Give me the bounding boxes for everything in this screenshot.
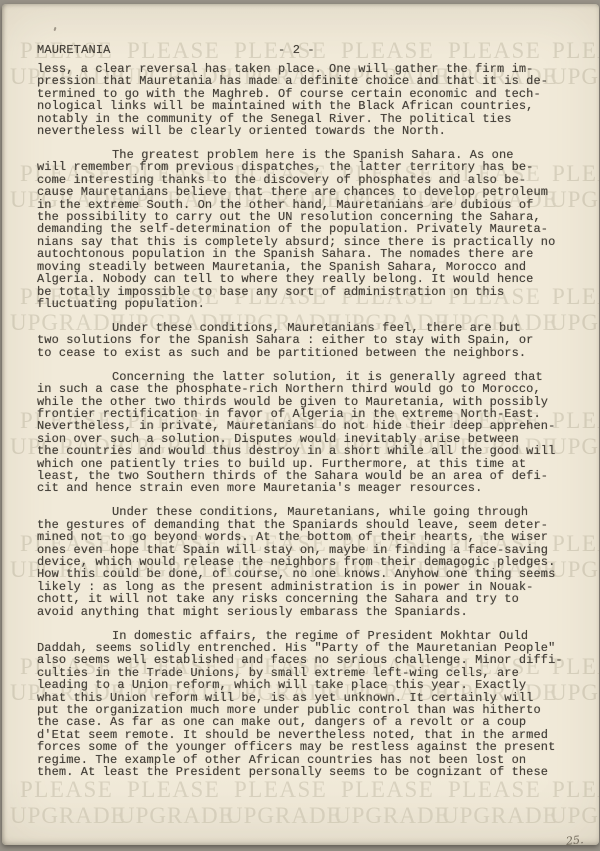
text-line: pression that Mauretania has made a defi…	[37, 75, 582, 87]
text-line: will remember from previous dispatches, …	[37, 161, 582, 173]
page-number: - 2 -	[278, 43, 315, 57]
text-line: the case. As far as one can make out, da…	[37, 716, 582, 728]
text-line: cause Mauretanians believe that there ar…	[37, 186, 582, 198]
text-line: two solutions for the Spanish Sahara : e…	[37, 334, 582, 346]
watermark-word: UPGRADE	[10, 804, 126, 827]
text-line: demanding the self-determination of the …	[37, 223, 582, 235]
watermark-word: PLEASE	[448, 778, 541, 801]
paragraph: Under these conditions, Mauretanians fee…	[37, 322, 582, 359]
text-line: the countries and would thus destroy in …	[37, 445, 582, 457]
paragraph: less, a clear reversal has taken place. …	[37, 63, 582, 137]
text-line: Under these conditions, Mauretanians, wh…	[37, 506, 582, 518]
watermark-word: PLEASE	[341, 778, 434, 801]
text-line: nological links will be maintained with …	[37, 100, 582, 112]
document-body: less, a clear reversal has taken place. …	[37, 63, 582, 779]
text-line: avoid anything that might seriously emba…	[37, 606, 582, 618]
watermark-word: UPGRADE	[550, 804, 599, 827]
text-line: fluctuating population.	[37, 298, 582, 310]
text-line: autochtonous population in the Spanish S…	[37, 248, 582, 260]
text-line: leading to a Union reform, which will ta…	[37, 679, 582, 691]
watermark-word: PLEASE	[552, 778, 599, 801]
paragraph: Concerning the latter solution, it is ge…	[37, 371, 582, 495]
text-line: forces some of the younger officers may …	[37, 741, 582, 753]
text-line: also seems well established and faces no…	[37, 654, 582, 666]
text-line: Nevertheless, in private, Mauretanians d…	[37, 420, 582, 432]
text-line: Algeria. Nobody can tell to where they r…	[37, 273, 582, 285]
text-line: to cease to exist as such and be partiti…	[37, 347, 582, 359]
watermark-word: PLEASE	[127, 778, 220, 801]
paragraph: The greatest problem here is the Spanish…	[37, 149, 582, 310]
text-line: chott, it will not take any risks concer…	[37, 593, 582, 605]
text-line: nevertheless will be clearly oriented to…	[37, 125, 582, 137]
scanned-document-page: PLEASEPLEASEPLEASEPLEASEPLEASEPLEASEUPGR…	[2, 4, 599, 845]
watermark-word: UPGRADE	[442, 804, 558, 827]
document-title: MAURETANIA	[37, 43, 111, 57]
watermark-word: UPGRADE	[118, 804, 234, 827]
paragraph: In domestic affairs, the regime of Presi…	[37, 630, 582, 779]
watermark-word: PLEASE	[20, 778, 113, 801]
text-line: in such a case the phosphate-rich Northe…	[37, 383, 582, 395]
document-header: MAURETANIA - 2 -	[37, 43, 577, 57]
paragraph: Under these conditions, Mauretanians, wh…	[37, 506, 582, 618]
text-line: them. At least the President personally …	[37, 766, 582, 778]
ink-speck	[53, 27, 56, 31]
watermark-word: UPGRADE	[334, 804, 450, 827]
watermark-word: PLEASE	[234, 778, 327, 801]
text-line: cit and hence strain even more Mauretani…	[37, 482, 582, 494]
text-line: How this could be done, of course, no on…	[37, 568, 582, 580]
text-line: mined not to go beyond words. At the bot…	[37, 531, 582, 543]
handwritten-page-number: 25.	[565, 833, 584, 845]
watermark-word: UPGRADE	[226, 804, 342, 827]
